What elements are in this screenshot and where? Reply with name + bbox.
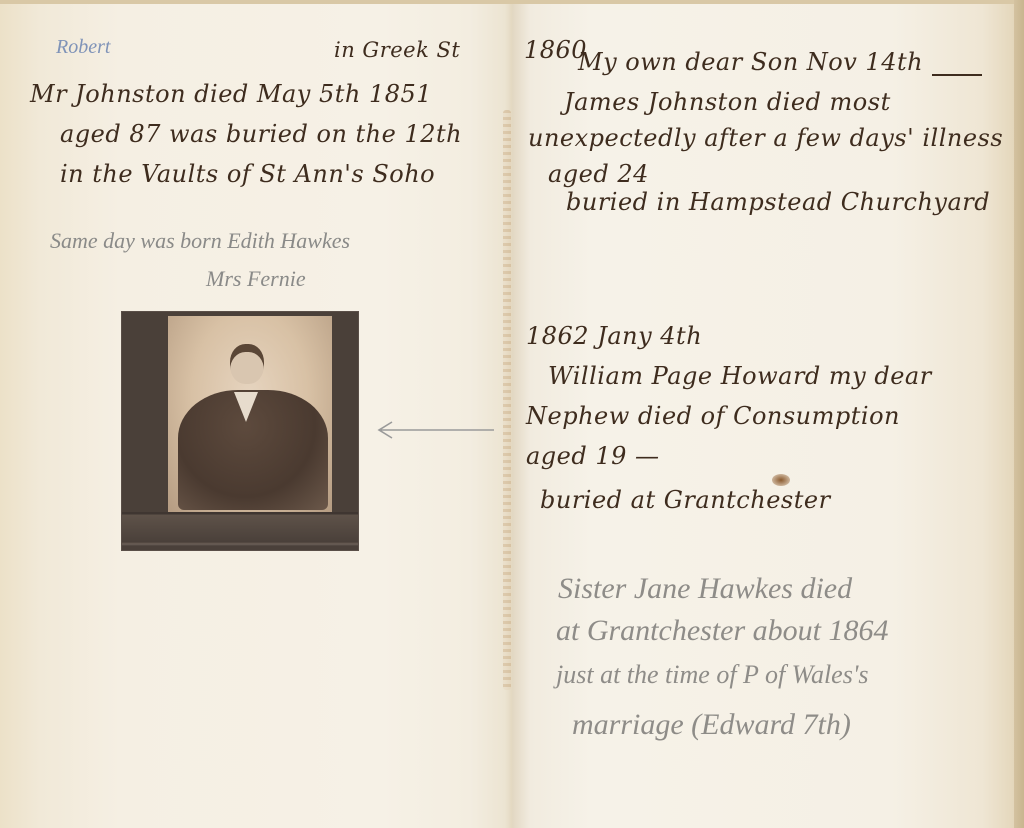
right-entry-1862-line-2: Nephew died of Consumption: [526, 402, 900, 430]
underline-rule: [932, 74, 982, 76]
right-entry-1860-line-2: James Johnston died most: [564, 88, 891, 116]
right-entry-1860-line-4: aged 24: [548, 160, 649, 188]
right-entry-1860-line-3: unexpectedly after a few days' illness: [528, 124, 1003, 152]
left-entry-line-2: aged 87 was buried on the 12th: [60, 120, 462, 148]
right-pencil-line-1: Sister Jane Hawkes died: [558, 572, 852, 606]
left-pencil-line-2: Mrs Fernie: [206, 266, 306, 292]
right-pencil-line-2: at Grantchester about 1864: [556, 614, 888, 648]
photo-print: [168, 316, 332, 512]
photo-figure-body: [178, 390, 328, 510]
right-pencil-line-3: just at the time of P of Wales's: [556, 660, 869, 690]
left-entry-line-3: in the Vaults of St Ann's Soho: [60, 160, 435, 188]
ink-stain: [772, 474, 790, 486]
page-right-edge: [1014, 0, 1024, 828]
left-pencil-line-1: Same day was born Edith Hawkes: [50, 228, 350, 254]
pencil-arrow-icon: [376, 420, 496, 440]
address-note: in Greek St: [334, 38, 460, 62]
portrait-photograph: [122, 312, 358, 550]
right-entry-1860-line-1: My own dear Son Nov 14th: [578, 48, 923, 76]
photo-figure-head: [230, 344, 264, 384]
annotation-robert: Robert: [56, 36, 110, 59]
right-entry-1860-line-5: buried in Hampstead Churchyard: [566, 188, 990, 216]
right-entry-1862-line-4: buried at Grantchester: [540, 486, 831, 514]
right-pencil-line-4: marriage (Edward 7th): [572, 708, 851, 742]
left-entry-line-1: Mr Johnston died May 5th 1851: [30, 80, 432, 108]
book-spread: Robert in Greek St Mr Johnston died May …: [0, 0, 1024, 828]
binding-gutter: [503, 110, 511, 690]
right-entry-1862-line-3: aged 19 —: [526, 442, 660, 470]
right-entry-1862-line-1: William Page Howard my dear: [548, 362, 932, 390]
right-entry-1862-date: 1862 Jany 4th: [526, 322, 702, 350]
photo-mount-base: [122, 512, 358, 550]
page-top-edge: [0, 0, 1024, 4]
